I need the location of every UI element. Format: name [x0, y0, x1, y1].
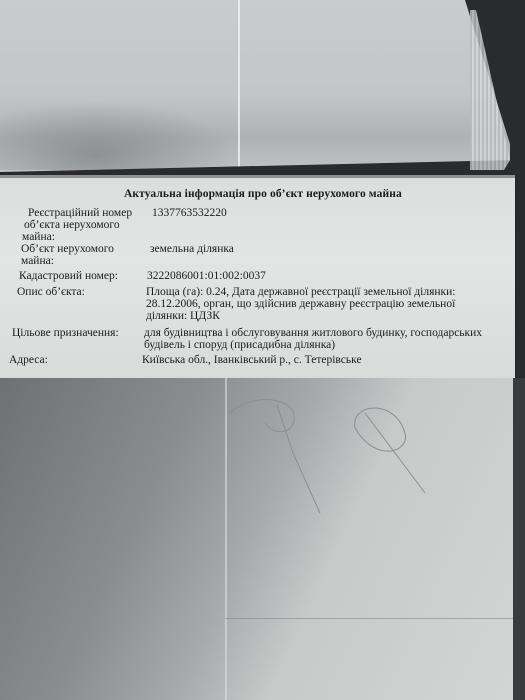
field-label: Об’єкт нерухомого майна: [21, 243, 114, 267]
value-line: 28.12.2006, орган, що здійснив державну … [146, 298, 456, 310]
label-line: Реєстраційний номер [28, 207, 132, 219]
property-info-slip: Актуальна інформація про об’єкт нерухомо… [0, 175, 515, 378]
lower-paper-sheet [0, 378, 525, 700]
fold-line [225, 618, 515, 619]
label-line: Об’єкт нерухомого [21, 243, 114, 255]
signature-icon [225, 393, 445, 533]
value-line: для будівництва і обслуговування житлово… [144, 327, 482, 339]
fold-line [238, 0, 240, 172]
field-value: 3222086001:01:002:0037 [147, 270, 266, 282]
field-value: 1337763532220 [152, 207, 227, 219]
field-label: Реєстраційний номер об’єкта нерухомого м… [28, 207, 132, 243]
label-line: майна: [22, 231, 132, 243]
field-label: Опис об’єкта: [17, 286, 85, 298]
value-line: ділянки: ЦДЗК [146, 310, 456, 322]
label-line: об’єкта нерухомого [24, 219, 132, 231]
document-title: Актуальна інформація про об’єкт нерухомо… [124, 188, 402, 200]
shadow [0, 100, 240, 170]
field-label: Кадастровий номер: [19, 270, 118, 282]
field-label: Адреса: [9, 354, 48, 366]
value-line: будівель і споруд (присадибна ділянка) [144, 339, 482, 351]
field-value: Київська обл., Іванківський р., с. Тетер… [142, 354, 362, 366]
field-value: земельна ділянка [150, 243, 234, 255]
top-paper-sheet [0, 0, 510, 172]
field-label: Цільове призначення: [12, 327, 119, 339]
value-line: Площа (га): 0.24, Дата державної реєстра… [146, 286, 456, 298]
field-value: для будівництва і обслуговування житлово… [144, 327, 482, 351]
label-line: майна: [21, 255, 114, 267]
background-edge [513, 378, 525, 700]
paper-stack-edges [470, 10, 510, 170]
field-value: Площа (га): 0.24, Дата державної реєстра… [146, 286, 456, 322]
